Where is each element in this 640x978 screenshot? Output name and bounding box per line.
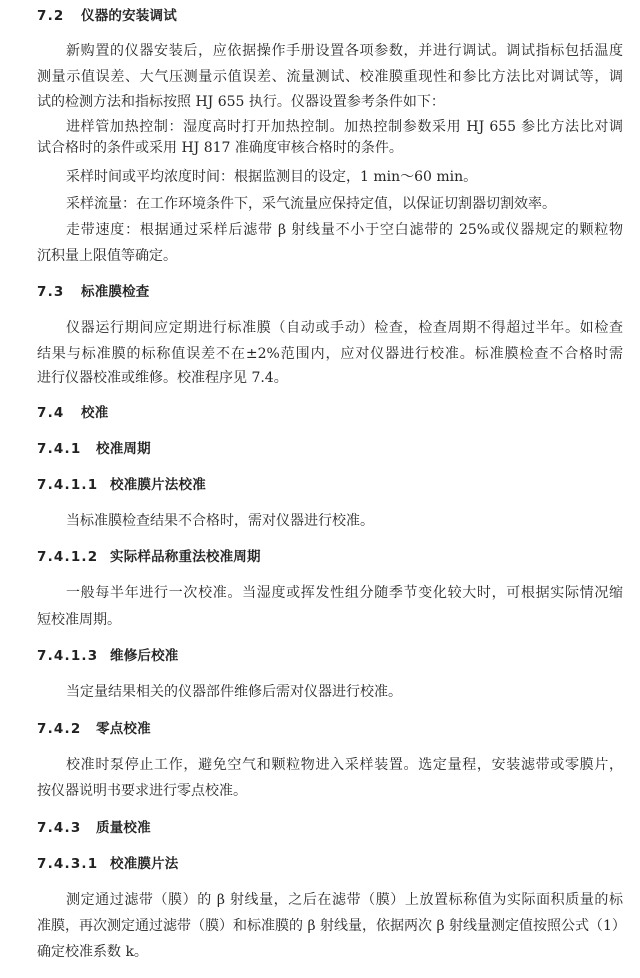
section-number: 7.4 [37, 405, 81, 421]
paragraph-line: 进样管加热控制：湿度高时打开加热控制。加热控制参数采用 HJ 655 参比方法比… [66, 118, 623, 136]
section-heading-7-4-1-3: 7.4.1.3维修后校准 [37, 648, 179, 664]
section-number: 7.4.2 [37, 721, 96, 737]
paragraph-line: 采样时间或平均浓度时间：根据监测目的设定，1 min～60 min。 [66, 168, 623, 186]
section-title: 标准膜检查 [81, 284, 150, 300]
paragraph-line: 短校准周期。 [37, 611, 623, 629]
paragraph-line: 准膜，再次测定通过滤带（膜）和标准膜的 β 射线量，依据两次 β 射线量测定值按… [37, 917, 623, 935]
paragraph-line: 按仪器说明书要求进行零点校准。 [37, 782, 623, 800]
paragraph-line: 测量示值误差、大气压测量示值误差、流量测试、校准膜重现性和参比方法比对调试等，调 [37, 68, 623, 86]
section-heading-7-4-3: 7.4.3质量校准 [37, 820, 151, 836]
section-title: 质量校准 [96, 820, 151, 836]
section-heading-7-4-1-1: 7.4.1.1校准膜片法校准 [37, 477, 206, 493]
section-heading-7-3: 7.3标准膜检查 [37, 284, 150, 300]
paragraph-line: 结果与标准膜的标称值误差不在±2%范围内，应对仪器进行校准。标准膜检查不合格时需 [37, 345, 623, 363]
section-heading-7-4-1-2: 7.4.1.2实际样品称重法校准周期 [37, 549, 261, 565]
section-title: 零点校准 [96, 721, 151, 737]
section-number: 7.4.1 [37, 441, 96, 457]
paragraph-line: 当标准膜检查结果不合格时，需对仪器进行校准。 [66, 512, 623, 530]
section-title: 实际样品称重法校准周期 [110, 549, 261, 565]
section-heading-7-4-3-1: 7.4.3.1校准膜片法 [37, 856, 179, 872]
paragraph-line: 进行仪器校准或维修。校准程序见 7.4。 [37, 369, 623, 387]
paragraph-line: 当定量结果相关的仪器部件维修后需对仪器进行校准。 [66, 683, 623, 701]
section-title: 维修后校准 [110, 648, 179, 664]
paragraph-line: 沉积量上限值等确定。 [37, 247, 623, 265]
section-heading-7-4-1: 7.4.1校准周期 [37, 441, 151, 457]
section-title: 校准 [81, 405, 108, 421]
section-title: 校准膜片法 [110, 856, 179, 872]
section-number: 7.4.1.2 [37, 549, 110, 565]
section-title: 校准周期 [96, 441, 151, 457]
section-number: 7.3 [37, 284, 81, 300]
section-title: 仪器的安装调试 [81, 8, 177, 24]
section-number: 7.4.3 [37, 820, 96, 836]
paragraph-line: 仪器运行期间应定期进行标准膜（自动或手动）检查，检查周期不得超过半年。如检查 [66, 319, 623, 337]
paragraph-line: 确定校准系数 k。 [37, 943, 623, 961]
paragraph-line: 一般每半年进行一次校准。当湿度或挥发性组分随季节变化较大时，可根据实际情况缩 [66, 584, 623, 602]
section-heading-7-2: 7.2仪器的安装调试 [37, 8, 177, 24]
paragraph-line: 新购置的仪器安装后，应依据操作手册设置各项参数，并进行调试。调试指标包括温度 [66, 42, 623, 60]
paragraph-line: 采样流量：在工作环境条件下，采气流量应保持定值，以保证切割器切割效率。 [66, 195, 623, 213]
section-number: 7.4.3.1 [37, 856, 110, 872]
section-heading-7-4-2: 7.4.2零点校准 [37, 721, 151, 737]
paragraph-line: 试的检测方法和指标按照 HJ 655 执行。仪器设置参考条件如下： [37, 93, 623, 111]
paragraph-line: 测定通过滤带（膜）的 β 射线量，之后在滤带（膜）上放置标称值为实际面积质量的标 [66, 891, 623, 909]
section-number: 7.2 [37, 8, 81, 24]
section-heading-7-4: 7.4校准 [37, 405, 108, 421]
paragraph-line: 试合格时的条件或采用 HJ 817 准确度审核合格时的条件。 [37, 139, 623, 157]
paragraph-line: 校准时泵停止工作，避免空气和颗粒物进入采样装置。选定量程，安装滤带或零膜片， [66, 756, 623, 774]
document-page: 7.2仪器的安装调试 新购置的仪器安装后，应依据操作手册设置各项参数，并进行调试… [0, 0, 640, 978]
paragraph-line: 走带速度：根据通过采样后滤带 β 射线量不小于空白滤带的 25%或仪器规定的颗粒… [66, 221, 623, 239]
section-number: 7.4.1.1 [37, 477, 110, 493]
section-number: 7.4.1.3 [37, 648, 110, 664]
section-title: 校准膜片法校准 [110, 477, 206, 493]
